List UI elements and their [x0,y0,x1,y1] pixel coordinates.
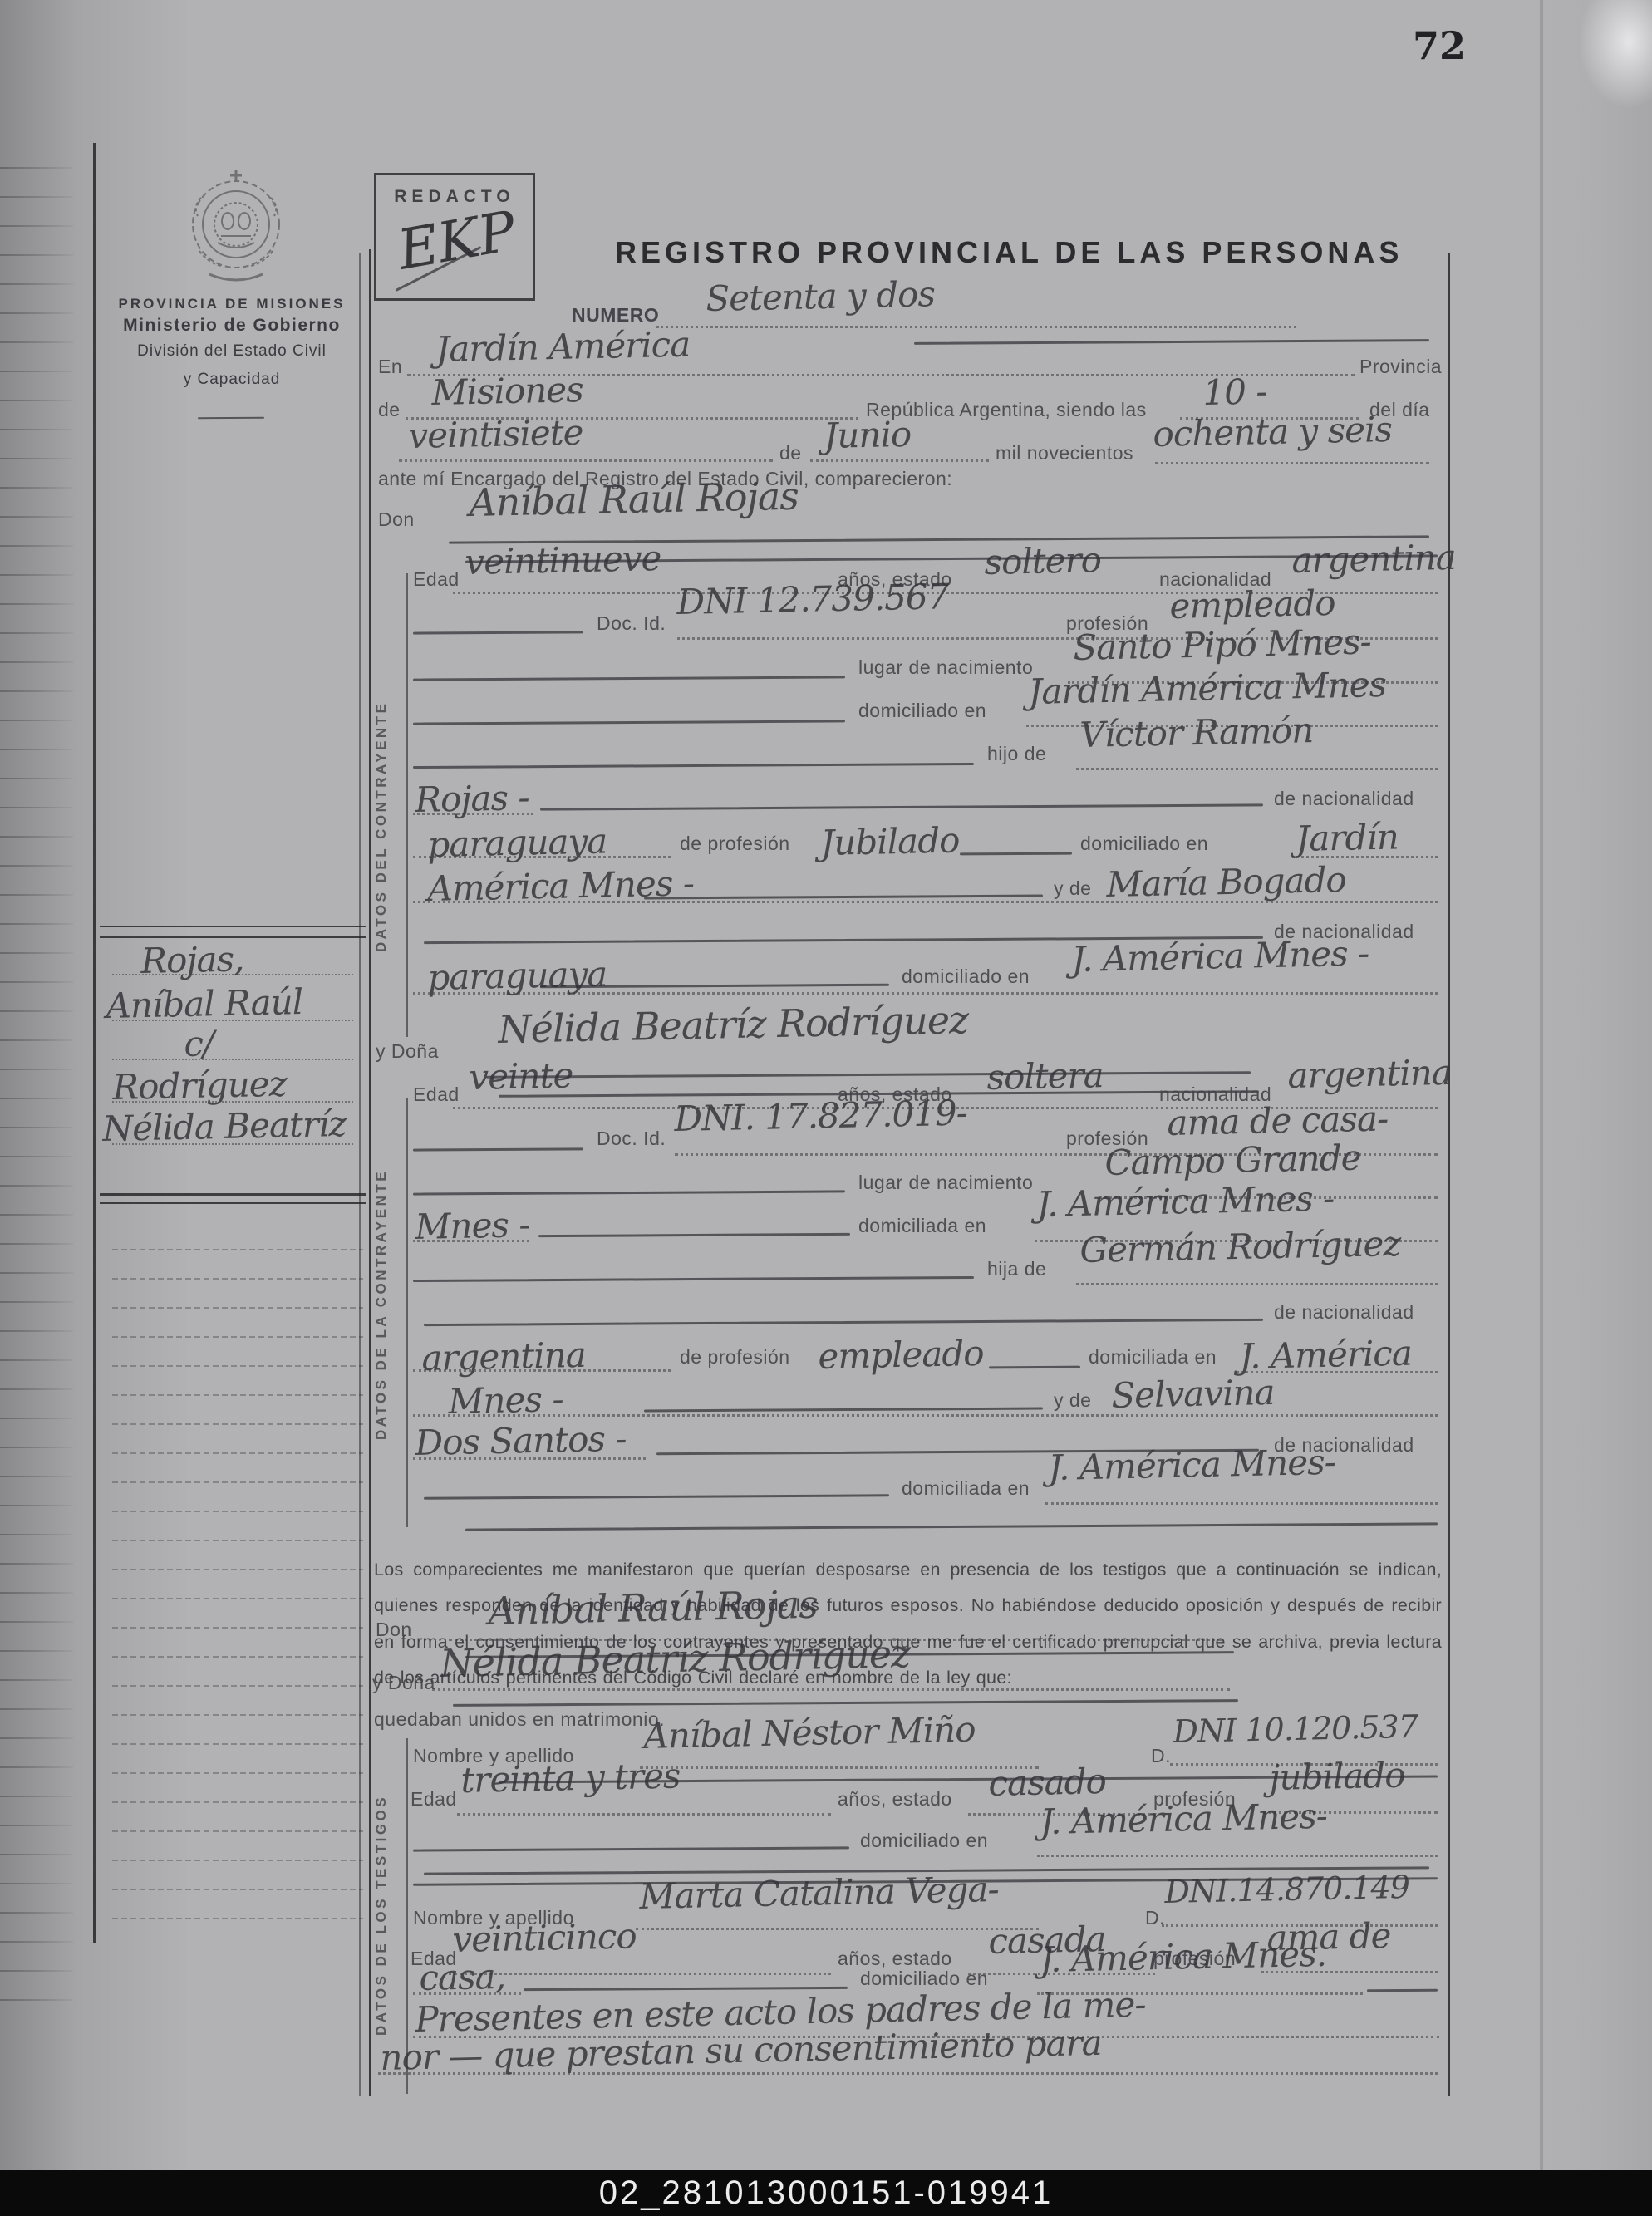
case-box-rule [100,926,366,927]
field-line [1155,462,1429,464]
case-note-line [112,1143,353,1145]
field-line [399,459,773,462]
lugar-nacimiento-label-b: lugar de nacimiento [858,1172,1033,1194]
witness1-edad: treinta y tres [460,1755,681,1801]
de-label-2: de [779,442,802,464]
domiciliado-label-2: domiciliado en [1080,833,1208,855]
witness2-nombre: Marta Catalina Vega- [639,1869,999,1917]
provincia-value: Misiones [431,369,583,413]
hijo-de-label: hijo de [987,743,1046,765]
form-title: REGISTRO PROVINCIAL DE LAS PERSONAS [615,235,1305,270]
bride-padre-nac: argentina [421,1334,586,1378]
pen-stroke [413,1147,583,1151]
registrar-initials: EKP [393,199,520,282]
page-fold-line [1540,0,1543,2170]
field-line [449,1973,831,1975]
case-note-line [112,1059,353,1060]
field-line [413,856,671,858]
witness2-edad: veinticinco [452,1915,637,1960]
don-label-2: Don [376,1619,412,1641]
bride-madre: Selvavina [1111,1372,1275,1416]
coat-of-arms-seal [184,165,288,289]
case-box-rule [100,1202,366,1204]
case-box-rule [100,1193,366,1196]
bride-madre2: Dos Santos - [415,1418,627,1463]
pen-stroke [424,1494,889,1499]
y-dona-label: y Doña [376,1040,439,1063]
case-given-bride: Nélida Beatríz [102,1103,347,1149]
pen-stroke [413,676,845,681]
pen-stroke [644,1408,1043,1413]
witness1-domicilio: J. América Mnes- [1040,1796,1327,1842]
closing-groom-name: Aníbal Raúl Rojas [488,1582,819,1634]
provincia-label: Provincia [1359,356,1442,378]
bride-nacionalidad: argentina [1287,1052,1452,1096]
groom-madre: María Bogado [1106,859,1346,905]
org-division: División del Estado Civil [98,342,366,361]
section-inner-rule [406,1098,408,1527]
section-inner-rule [406,573,408,1037]
field-line [1045,1502,1438,1505]
section-label-bride: DATOS DE LA CONTRAYENTE [373,1113,390,1496]
form-border-left [369,249,371,2096]
field-line [636,1928,1039,1930]
groom-madre-dom: J. América Mnes - [1071,933,1369,980]
domiciliado-label-w1: domiciliado en [860,1830,988,1852]
y-de-label: y de [1054,877,1091,900]
witness1-nombre: Aníbal Néstor Miño [643,1709,976,1757]
field-line [413,1457,646,1460]
pen-stroke [413,1190,845,1195]
groom-dni: DNI 12.739.567 [676,576,949,622]
folio-number: 72 [1413,23,1466,68]
bride-padre-dom1: J. América [1239,1333,1412,1377]
de-nacionalidad-label: de nacionalidad [1274,788,1414,810]
field-line [457,1813,831,1816]
scanned-marriage-record: 72 PROVINCIA DE MISIONES Ministerio de G… [0,0,1652,2216]
pen-stroke [960,852,1072,856]
section-label-groom: DATOS DEL CONTRAYENTE [373,665,390,989]
case-note-line [112,974,353,975]
field-line [640,1766,1039,1769]
field-line [413,813,533,815]
numero-value: Setenta y dos [706,273,935,319]
de-profesion-label: de profesión [680,833,790,855]
field-line [1292,856,1438,858]
pen-stroke [465,1522,1438,1531]
field-line [378,2072,1438,2075]
case-note-line [112,1101,353,1103]
d-label: D. [1151,1745,1171,1767]
bride-domicilio: J. América Mnes - [1036,1178,1335,1225]
margin-dotted-ruling [112,1221,363,1929]
domiciliado-label-w2: domiciliado en [860,1968,988,1990]
field-line [413,1369,671,1372]
org-division2: y Capacidad [98,371,366,389]
org-ministry: Ministerio de Gobierno [98,316,366,336]
hija-de-label: hija de [987,1258,1046,1280]
pen-stroke [424,1319,1263,1326]
pen-stroke [644,895,1043,900]
bride-nombre: Nélida Beatríz Rodríguez [498,997,969,1052]
case-note-line [112,1020,353,1021]
domiciliada-label: domiciliada en [858,1215,986,1237]
pen-stroke [413,720,845,725]
pen-stroke [538,1233,850,1237]
groom-lugar-nac: Santo Pipó Mnes- [1073,622,1371,668]
scan-barcode-id: 02_281013000151-019941 [599,2174,1054,2212]
groom-padre-prof: Jubilado [820,820,960,863]
groom-edad: veintinueve [465,538,661,582]
field-line [1076,1283,1438,1285]
domiciliada-label-2: domiciliada en [1089,1346,1217,1368]
mes-value: Junio [824,414,912,456]
domiciliado-label: domiciliado en [858,700,986,722]
dia-value: veintisiete [408,412,583,456]
don-label: Don [378,509,415,531]
form-border-left-outer [359,253,361,2096]
witness1-estado: casado [988,1761,1106,1804]
org-divider [198,417,264,419]
field-line [1076,768,1438,770]
anos-estado-label-w1: años, estado [838,1788,952,1811]
edad-label-b: Edad [413,1083,460,1106]
compareciente-value: Aníbal Raúl Rojas [469,474,799,525]
y-de-label-b: y de [1054,1389,1091,1412]
pen-stroke [413,1846,849,1851]
pen-stroke [1367,1989,1438,1992]
field-line [432,1688,1230,1691]
en-label: En [378,356,402,378]
field-line [413,1240,529,1242]
form-border-right [1448,253,1450,2096]
pen-stroke [413,1276,974,1282]
org-province: PROVINCIA DE MISIONES [98,296,366,312]
lugar-nacimiento-label: lugar de nacimiento [858,656,1033,679]
numero-label: NUMERO [572,304,659,327]
bride-lugar-nac1: Campo Grande [1104,1137,1361,1183]
groom-padre: Víctor Ramón [1079,710,1314,755]
groom-madre-nac: paraguaya [427,953,607,998]
field-line [810,459,989,462]
scan-footer-bar: 02_281013000151-019941 [0,2170,1652,2216]
domiciliada-label-3: domiciliada en [902,1477,1030,1500]
pen-stroke [540,803,1263,810]
groom-estado: soltero [984,539,1101,582]
edad-label-w1: Edad [411,1788,457,1811]
de-label: de [378,399,401,421]
doc-id-label: Doc. Id. [597,612,666,635]
hora-value: 10 - [1202,371,1267,413]
section-label-witnesses: DATOS DE LOS TESTIGOS [373,1778,390,2052]
groom-profesion: empleado [1169,582,1335,626]
doc-id-label-b: Doc. Id. [597,1128,666,1150]
pen-stroke [989,1366,1080,1369]
field-line [1037,1855,1438,1857]
domiciliado-label-3: domiciliado en [902,966,1030,988]
bride-estado: soltera [986,1054,1104,1098]
witness2-dni: DNI.14.870.149 [1164,1869,1409,1910]
field-line [413,1414,1438,1417]
field-line [413,992,1438,995]
page-edge-shadow [1527,0,1652,2216]
bride-madre-dom: J. América Mnes- [1048,1442,1335,1488]
pen-stroke [914,339,1429,345]
field-line [656,326,1296,328]
groom-padre-dom1: Jardín [1296,816,1399,859]
margin-rule [93,143,96,1943]
bride-dni: DNI. 17.827.019- [674,1093,967,1139]
pen-stroke [453,1699,1238,1707]
bride-padre: Germán Rodríguez [1079,1223,1401,1270]
witness1-profesion: jubilado [1269,1755,1405,1798]
bride-padre-prof: empleado [818,1333,984,1377]
adjacent-page-ruling [0,140,73,2001]
groom-nacionalidad: argentina [1291,537,1456,581]
anio-value: ochenta y seis [1153,409,1392,455]
anos-estado-label-w2: años, estado [838,1948,952,1970]
witness2-domicilio: J. América Mnes. [1040,1933,1326,1980]
y-dona-label-2: y Doña [372,1672,435,1694]
edad-label: Edad [413,568,460,591]
field-line [413,901,1438,903]
pen-stroke [486,1071,1251,1079]
lugar-value: Jardín América [435,324,691,370]
witness1-dni: DNI 10.120.537 [1173,1708,1418,1750]
field-line [413,1992,521,1995]
groom-domicilio: Jardín América Mnes [1028,664,1387,712]
de-profesion-label-b: de profesión [680,1346,790,1368]
quedaban-label: quedaban unidos en matrimonio. [374,1708,665,1731]
pen-stroke [413,763,974,769]
mil-novecientos-label: mil novecientos [996,442,1133,464]
case-box-rule [100,936,366,938]
bride-edad: veinte [469,1054,573,1098]
pen-stroke [413,631,583,634]
de-nacionalidad-label-b: de nacionalidad [1274,1301,1414,1324]
redacto-stamp: REDACTO EKP [374,173,535,301]
